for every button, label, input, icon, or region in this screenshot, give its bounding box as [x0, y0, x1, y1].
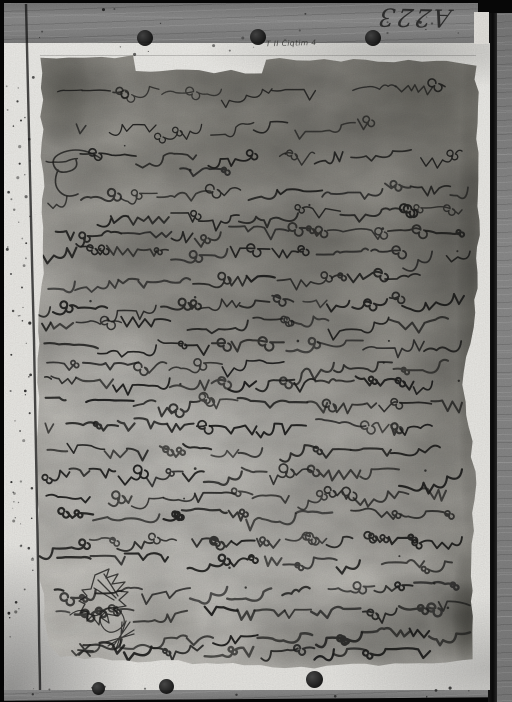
manuscript-image [0, 0, 512, 702]
punch-hole [159, 679, 174, 694]
punch-hole [137, 30, 153, 46]
punch-hole [250, 29, 266, 45]
punch-hole [92, 682, 105, 695]
film-grain [0, 0, 512, 702]
archival-photo: A223 T II Čiqtim 4 [0, 0, 512, 702]
plate-number-handwritten: A223 [363, 0, 464, 37]
punch-hole [365, 30, 381, 46]
punch-hole [306, 671, 323, 688]
find-mark-label: T II Čiqtim 4 [266, 37, 366, 53]
